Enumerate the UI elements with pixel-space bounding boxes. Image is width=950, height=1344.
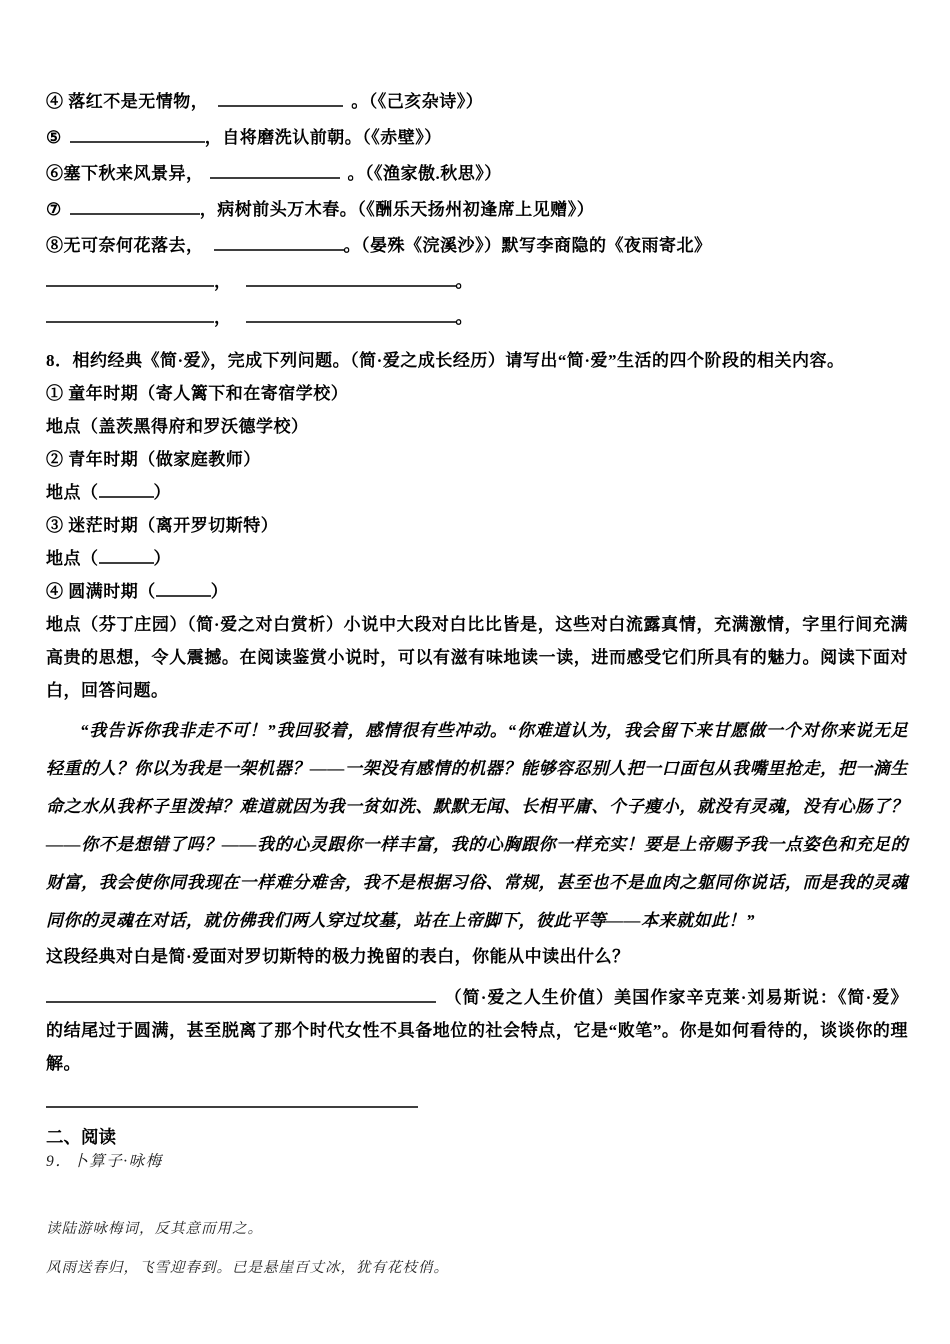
question-8-intro: 8．相约经典《简·爱》，完成下列问题。（简·爱之成长经历）请写出“简·爱”生活的…	[46, 344, 908, 377]
fill-in-post-text: ，病树前头万木春。（《酬乐天扬州初逢席上见赠》）	[200, 200, 595, 219]
fill-in-item-8: ⑧无可奈何花落去，。（晏殊《浣溪沙》）默写李商隐的《夜雨寄北》	[46, 228, 908, 264]
stage-pre-text: ④ 圆满时期（	[46, 582, 156, 601]
answer-blank	[46, 988, 436, 1003]
answer-blank	[210, 164, 340, 179]
answer-blank	[46, 272, 214, 287]
answer-blank	[246, 308, 456, 323]
fill-in-post-text: 。（《己亥杂诗》）	[351, 92, 483, 111]
fill-in-post-text: 。（《渔家傲.秋思》）	[348, 164, 502, 183]
location-pre-text: 地点（	[46, 483, 99, 502]
location-pre-text: 地点（	[46, 549, 99, 568]
q8-stage-4: ④ 圆满时期（）	[46, 575, 908, 608]
answer-blank	[46, 308, 214, 323]
fill-in-item-6: ⑥塞下秋来风景异，。（《渔家傲.秋思》）	[46, 156, 908, 192]
couplet-blank-row-2: ，。	[46, 300, 908, 336]
fill-in-item-4: ④ 落红不是无情物，。（《己亥杂诗》）	[46, 84, 908, 120]
fill-in-pre-text: ⑦	[46, 200, 62, 219]
fill-in-pre-text: ⑤	[46, 128, 62, 147]
q8-location-1: 地点（盖茨黑得府和罗沃德学校）	[46, 410, 908, 443]
location-post-text: ）	[154, 483, 172, 502]
period-text: 。	[456, 272, 474, 291]
answer-blank	[246, 272, 456, 287]
answer-blank	[156, 582, 211, 597]
answer-blank	[70, 200, 200, 215]
fill-in-pre-text: ④ 落红不是无情物，	[46, 92, 208, 111]
exam-document-page: ④ 落红不是无情物，。（《己亥杂诗》） ⑤，自将磨洗认前朝。（《赤壁》） ⑥塞下…	[0, 0, 950, 1344]
answer-blank	[218, 92, 343, 107]
comma-text: ，	[214, 308, 232, 327]
fill-in-post-text: 。（晏殊《浣溪沙》）默写李商隐的《夜雨寄北》	[344, 236, 712, 255]
answer-blank	[99, 483, 154, 498]
q8-location-2: 地点（）	[46, 476, 908, 509]
q9-poem-line-1: 风雨送春归，飞雪迎春到。已是悬崖百丈冰，犹有花枝俏。	[46, 1257, 908, 1279]
period-text: 。	[456, 308, 474, 327]
q8-stage-3: ③ 迷茫时期（离开罗切斯特）	[46, 509, 908, 542]
q8-stage-2: ② 青年时期（做家庭教师）	[46, 443, 908, 476]
q8-value-paragraph: （简·爱之人生价值）美国作家辛克莱·刘易斯说：《简·爱》的结尾过于圆满，甚至脱离…	[46, 981, 908, 1080]
fill-in-pre-text: ⑥塞下秋来风景异，	[46, 164, 204, 183]
q8-location-3: 地点（）	[46, 542, 908, 575]
couplet-blank-row-1: ，。	[46, 264, 908, 300]
fill-in-item-5: ⑤，自将磨洗认前朝。（《赤壁》）	[46, 120, 908, 156]
fill-in-post-text: ，自将磨洗认前朝。（《赤壁》）	[205, 128, 442, 147]
question-9-title: 9．卜算子·咏梅	[46, 1150, 908, 1174]
fill-in-pre-text: ⑧无可奈何花落去，	[46, 236, 204, 255]
q8-stage-1: ① 童年时期（寄人篱下和在寄宿学校）	[46, 377, 908, 410]
answer-blank	[70, 128, 205, 143]
section-2-heading: 二、阅读	[46, 1124, 908, 1150]
q8-analysis-paragraph: 地点（芬丁庄园）（简·爱之对白赏析）小说中大段对白比比皆是，这些对白流露真情，充…	[46, 608, 908, 707]
q8-jane-eyre-dialogue: “我告诉你我非走不可！”我回驳着，感情很有些冲动。“你难道认为，我会留下来甘愿做…	[46, 712, 908, 940]
comma-text: ，	[214, 272, 232, 291]
q8-dialogue-question: 这段经典对白是简·爱面对罗切斯特的极力挽留的表白，你能从中读出什么？	[46, 940, 908, 973]
fill-in-item-7: ⑦，病树前头万木春。（《酬乐天扬州初逢席上见赠》）	[46, 192, 908, 228]
answer-blank	[214, 236, 344, 251]
location-post-text: ）	[154, 549, 172, 568]
answer-blank	[99, 549, 154, 564]
q9-poem-note: 读陆游咏梅词，反其意而用之。	[46, 1218, 908, 1240]
stage-post-text: ）	[211, 582, 229, 601]
answer-blank-line	[46, 1088, 418, 1108]
